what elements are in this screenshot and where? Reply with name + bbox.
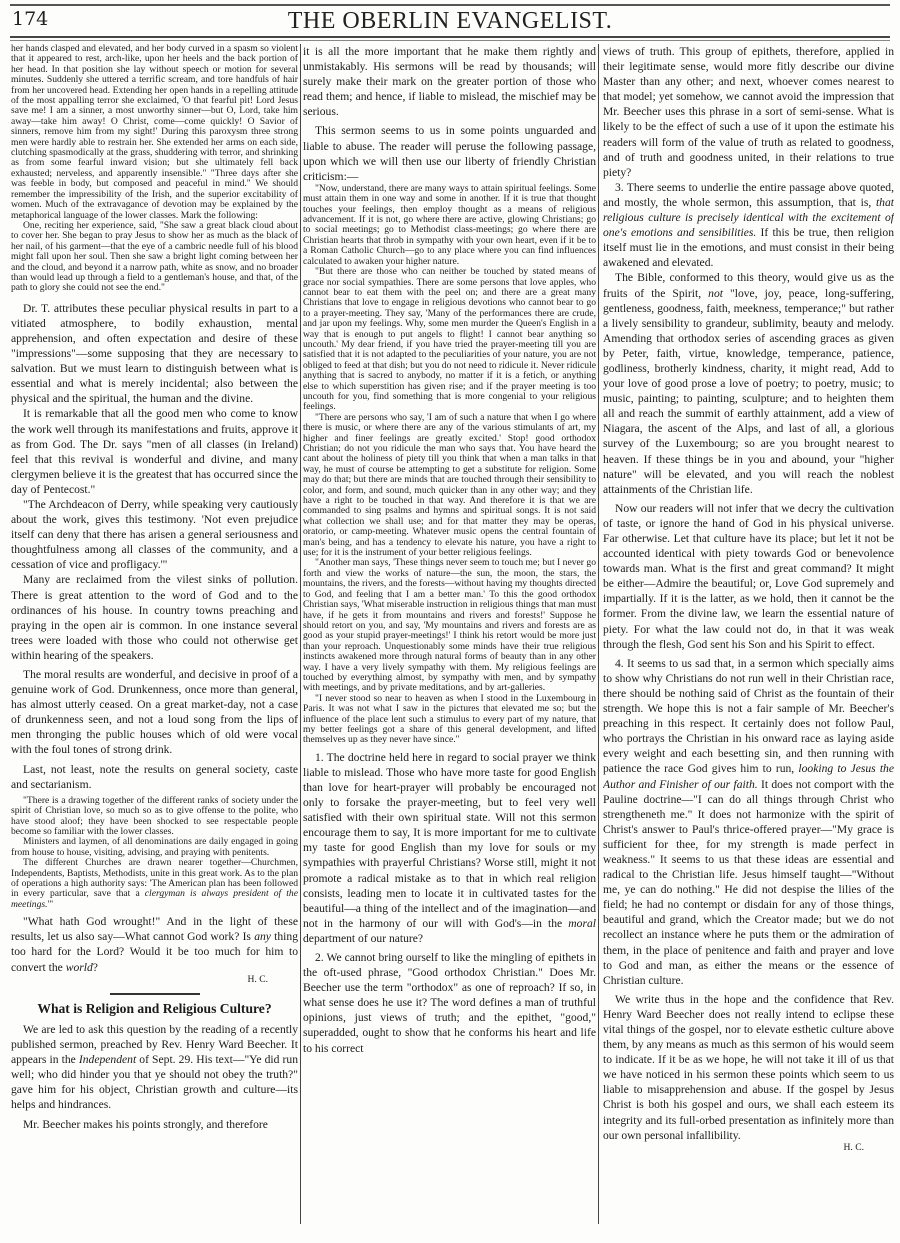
column-divider (598, 44, 599, 1224)
quoted-paragraph: "There are persons who say, 'I am of suc… (303, 413, 596, 559)
paragraph: her hands clasped and elevated, and her … (11, 44, 298, 221)
quoted-paragraph: "There is a drawing together of the diff… (11, 796, 298, 838)
quoted-paragraph: "But there are those who can neither be … (303, 267, 596, 413)
paragraph: 2. We cannot bring ourself to like the m… (303, 950, 596, 1056)
paragraph: Now our readers will not infer that we d… (603, 501, 894, 652)
paragraph: "What hath God wrought!" And in the ligh… (11, 914, 298, 974)
top-rule (10, 4, 890, 6)
quoted-paragraph: "Another man says, 'These things never s… (303, 558, 596, 693)
article-divider (110, 993, 200, 995)
paragraph: views of truth. This group of epithets, … (603, 44, 894, 180)
paragraph: The moral results are wonderful, and dec… (11, 667, 298, 758)
paragraph: 4. It seems to us sad that, in a sermon … (603, 656, 894, 988)
masthead: 174 THE OBERLIN EVANGELIST. (12, 8, 888, 34)
column-divider (300, 44, 301, 1224)
author-signature: H. C. (603, 1143, 894, 1153)
quoted-paragraph: "Now, understand, there are many ways to… (303, 184, 596, 267)
quoted-paragraph: "I never stood so near to heaven as when… (303, 694, 596, 746)
column-3: views of truth. This group of epithets, … (603, 44, 894, 1239)
paragraph: This sermon seems to us in some points u… (303, 123, 596, 183)
paragraph: We are led to ask this question by the r… (11, 1022, 298, 1113)
paragraph: Mr. Beecher makes his points strongly, a… (11, 1117, 298, 1132)
paragraph: Many are reclaimed from the vilest sinks… (11, 572, 298, 663)
quoted-paragraph: Ministers and laymen, of all denominatio… (11, 837, 298, 858)
paragraph: Dr. T. attributes these peculiar physica… (11, 301, 298, 407)
column-2: it is all the more important that he mak… (303, 44, 596, 1239)
newspaper-page: 174 THE OBERLIN EVANGELIST. her hands cl… (0, 0, 900, 1243)
publication-title: THE OBERLIN EVANGELIST. (12, 8, 888, 35)
masthead-rule (10, 36, 890, 41)
paragraph: Last, not least, note the results on gen… (11, 762, 298, 792)
column-1: her hands clasped and elevated, and her … (11, 44, 298, 1239)
quoted-paragraph: The different Churches are drawn nearer … (11, 858, 298, 910)
paragraph: The Bible, conformed to this theory, wou… (603, 270, 894, 496)
article-headline: What is Religion and Religious Culture? (11, 1001, 298, 1017)
quoted-paragraph: One, reciting her experience, said, "She… (11, 221, 298, 294)
paragraph: It is remarkable that all the good men w… (11, 406, 298, 497)
author-signature: H. C. (11, 975, 298, 985)
paragraph: it is all the more important that he mak… (303, 44, 596, 119)
paragraph: 1. The doctrine held here in regard to s… (303, 750, 596, 946)
paragraph: 3. There seems to underlie the entire pa… (603, 180, 894, 271)
paragraph: "The Archdeacon of Derry, while speaking… (11, 497, 298, 572)
paragraph: We write thus in the hope and the confid… (603, 992, 894, 1143)
